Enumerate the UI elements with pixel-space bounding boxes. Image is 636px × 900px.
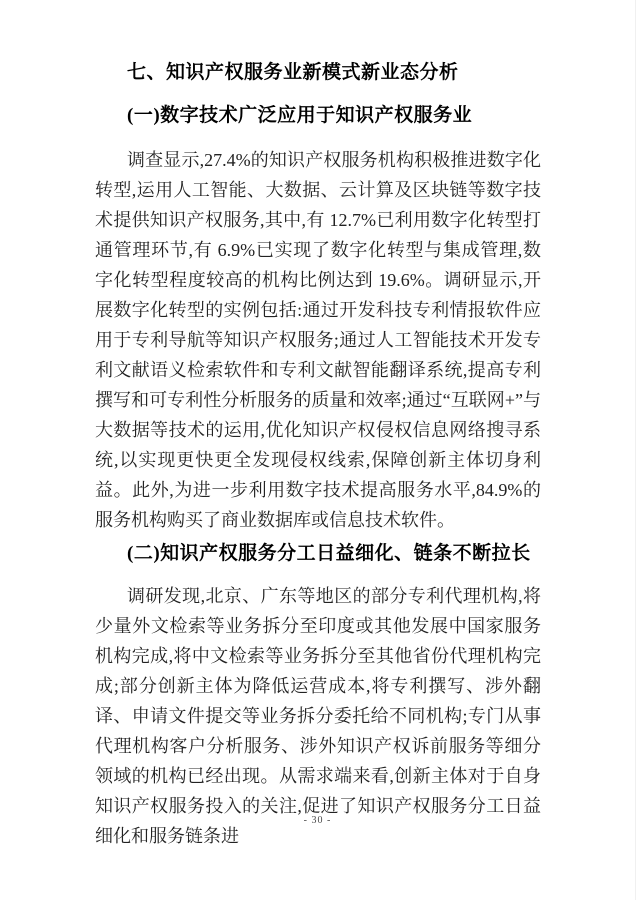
section-heading: 七、知识产权服务业新模式新业态分析 bbox=[95, 60, 541, 86]
subsection-2-paragraph: 调研发现,北京、广东等地区的部分专利代理机构,将少量外文检索等业务拆分至印度或其… bbox=[95, 581, 541, 851]
subsection-1-heading: (一)数字技术广泛应用于知识产权服务业 bbox=[95, 103, 541, 129]
page-number: - 30 - bbox=[0, 815, 635, 826]
document-page: 七、知识产权服务业新模式新业态分析 (一)数字技术广泛应用于知识产权服务业 调查… bbox=[0, 0, 636, 900]
page-content: 七、知识产权服务业新模式新业态分析 (一)数字技术广泛应用于知识产权服务业 调查… bbox=[95, 0, 541, 851]
subsection-2-heading: (二)知识产权服务分工日益细化、链条不断拉长 bbox=[95, 541, 541, 567]
subsection-1-paragraph: 调查显示,27.4%的知识产权服务机构积极推进数字化转型,运用人工智能、大数据、… bbox=[95, 145, 541, 535]
